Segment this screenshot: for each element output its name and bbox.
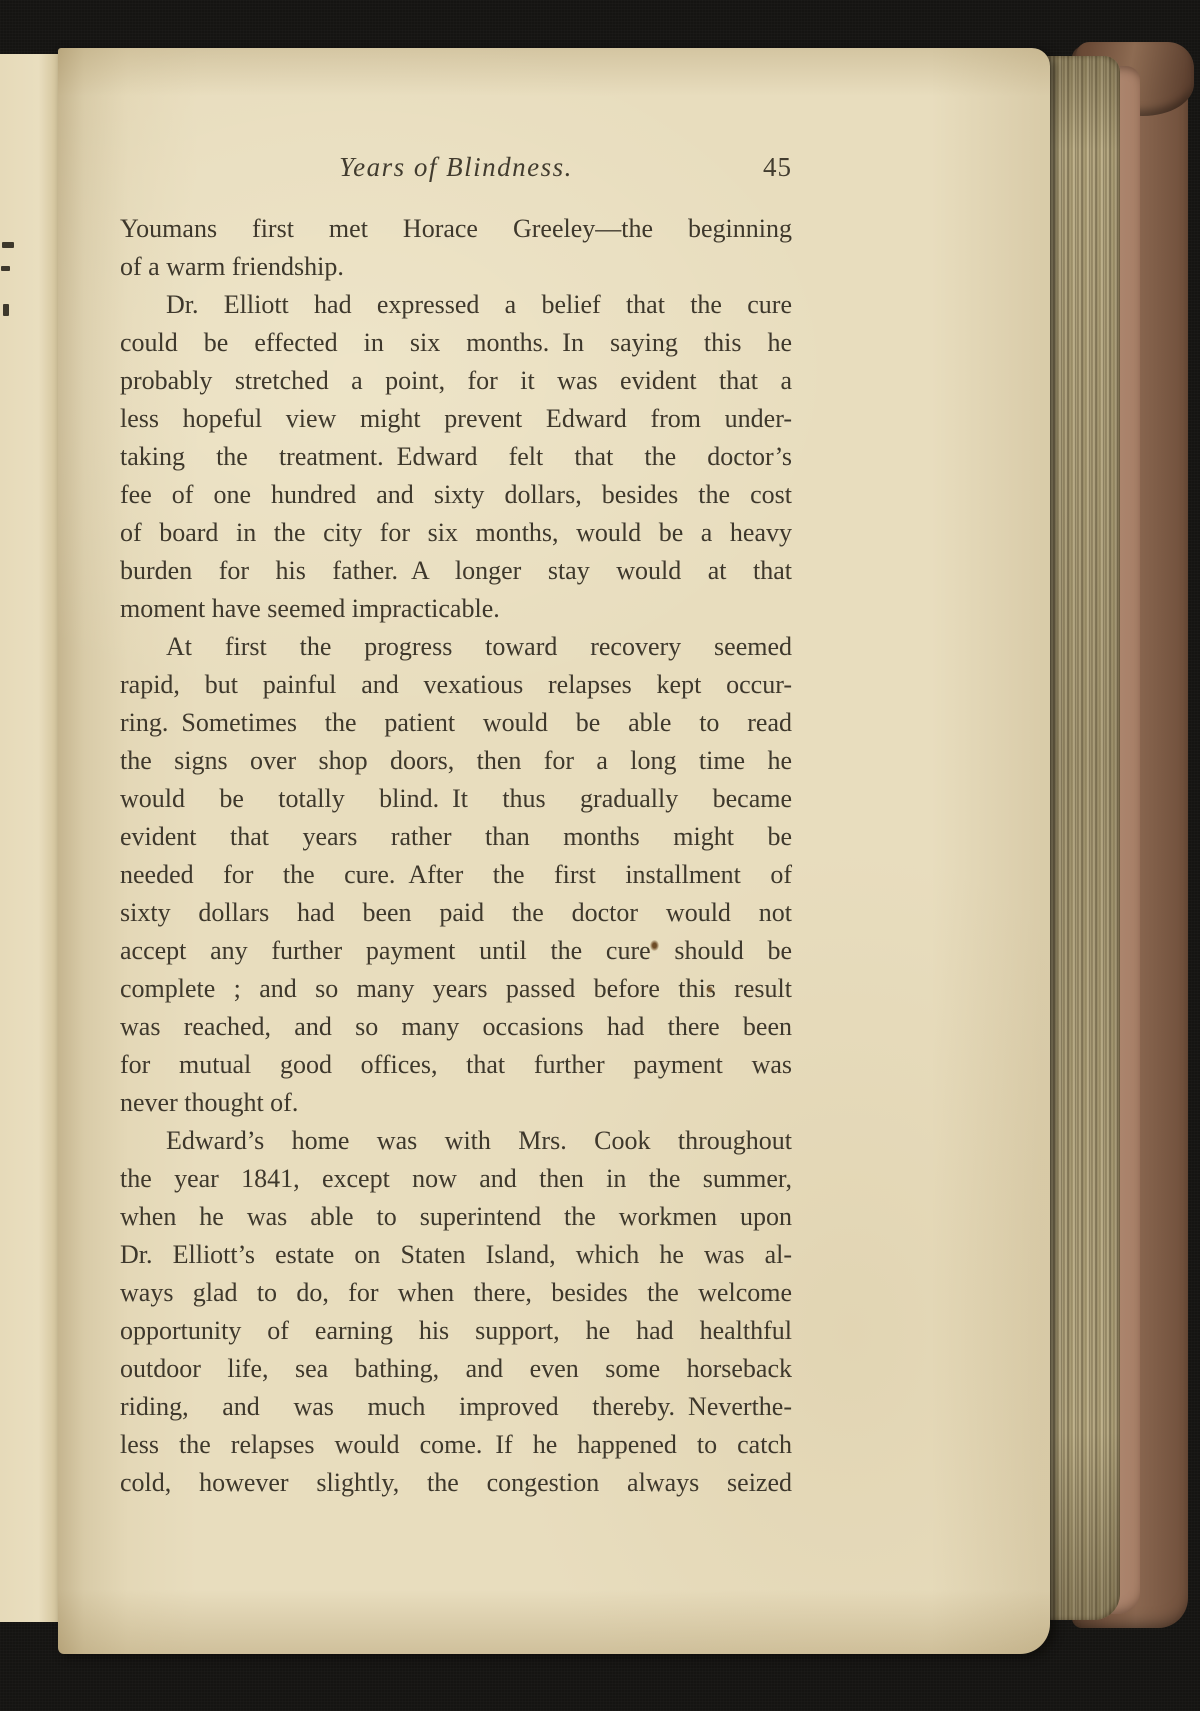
foxing-spot	[650, 940, 659, 951]
text-line: fee of one hundred and sixty dollars, be…	[120, 476, 792, 514]
text-line: the year 1841, except now and then in th…	[120, 1160, 792, 1198]
text-line: rapid, but painful and vexatious relapse…	[120, 666, 792, 704]
running-header: Years of Blindness. 45	[120, 148, 792, 186]
text-line: Edward’s home was with Mrs. Cook through…	[120, 1122, 792, 1160]
book-page: Years of Blindness. 45 Youmans first met…	[58, 48, 1050, 1654]
page-number: 45	[763, 148, 792, 186]
text-line: sixty dollars had been paid the doctor w…	[120, 894, 792, 932]
text-line: taking the treatment. Edward felt that t…	[120, 438, 792, 476]
text-line: would be totally blind. It thus graduall…	[120, 780, 792, 818]
text-line: for mutual good offices, that further pa…	[120, 1046, 792, 1084]
text-line: burden for his father. A longer stay wou…	[120, 552, 792, 590]
text-block: Youmans first met Horace Greeley—the beg…	[120, 210, 792, 1502]
facing-page-print-mark	[1, 266, 10, 271]
text-line: of board in the city for six months, wou…	[120, 514, 792, 552]
text-line: less the relapses would come. If he happ…	[120, 1426, 792, 1464]
text-line: could be effected in six months. In sayi…	[120, 324, 792, 362]
text-line: evident that years rather than months mi…	[120, 818, 792, 856]
text-line: Dr. Elliott’s estate on Staten Island, w…	[120, 1236, 792, 1274]
text-line: accept any further payment until the cur…	[120, 932, 792, 970]
text-line: was reached, and so many occasions had t…	[120, 1008, 792, 1046]
text-line: complete ; and so many years passed befo…	[120, 970, 792, 1008]
text-line: opportunity of earning his support, he h…	[120, 1312, 792, 1350]
text-line: of a warm friendship.	[120, 248, 792, 286]
text-line: probably stretched a point, for it was e…	[120, 362, 792, 400]
text-line: outdoor life, sea bathing, and even some…	[120, 1350, 792, 1388]
text-line: the signs over shop doors, then for a lo…	[120, 742, 792, 780]
text-line: ring. Sometimes the patient would be abl…	[120, 704, 792, 742]
text-line: cold, however slightly, the congestion a…	[120, 1464, 792, 1502]
text-line: when he was able to superintend the work…	[120, 1198, 792, 1236]
text-line: less hopeful view might prevent Edward f…	[120, 400, 792, 438]
facing-page-print-mark	[3, 304, 9, 316]
text-line: ways glad to do, for when there, besides…	[120, 1274, 792, 1312]
text-line: needed for the cure. After the first ins…	[120, 856, 792, 894]
text-line: riding, and was much improved thereby. N…	[120, 1388, 792, 1426]
text-line: Youmans first met Horace Greeley—the beg…	[120, 210, 792, 248]
foxing-spot	[706, 986, 713, 993]
text-line: Dr. Elliott had expressed a belief that …	[120, 286, 792, 324]
text-line: moment have seemed impracticable.	[120, 590, 792, 628]
text-line: At first the progress toward recovery se…	[120, 628, 792, 666]
text-line: never thought of.	[120, 1084, 792, 1122]
running-header-title: Years of Blindness.	[120, 148, 792, 186]
facing-page-print-mark	[2, 242, 14, 248]
